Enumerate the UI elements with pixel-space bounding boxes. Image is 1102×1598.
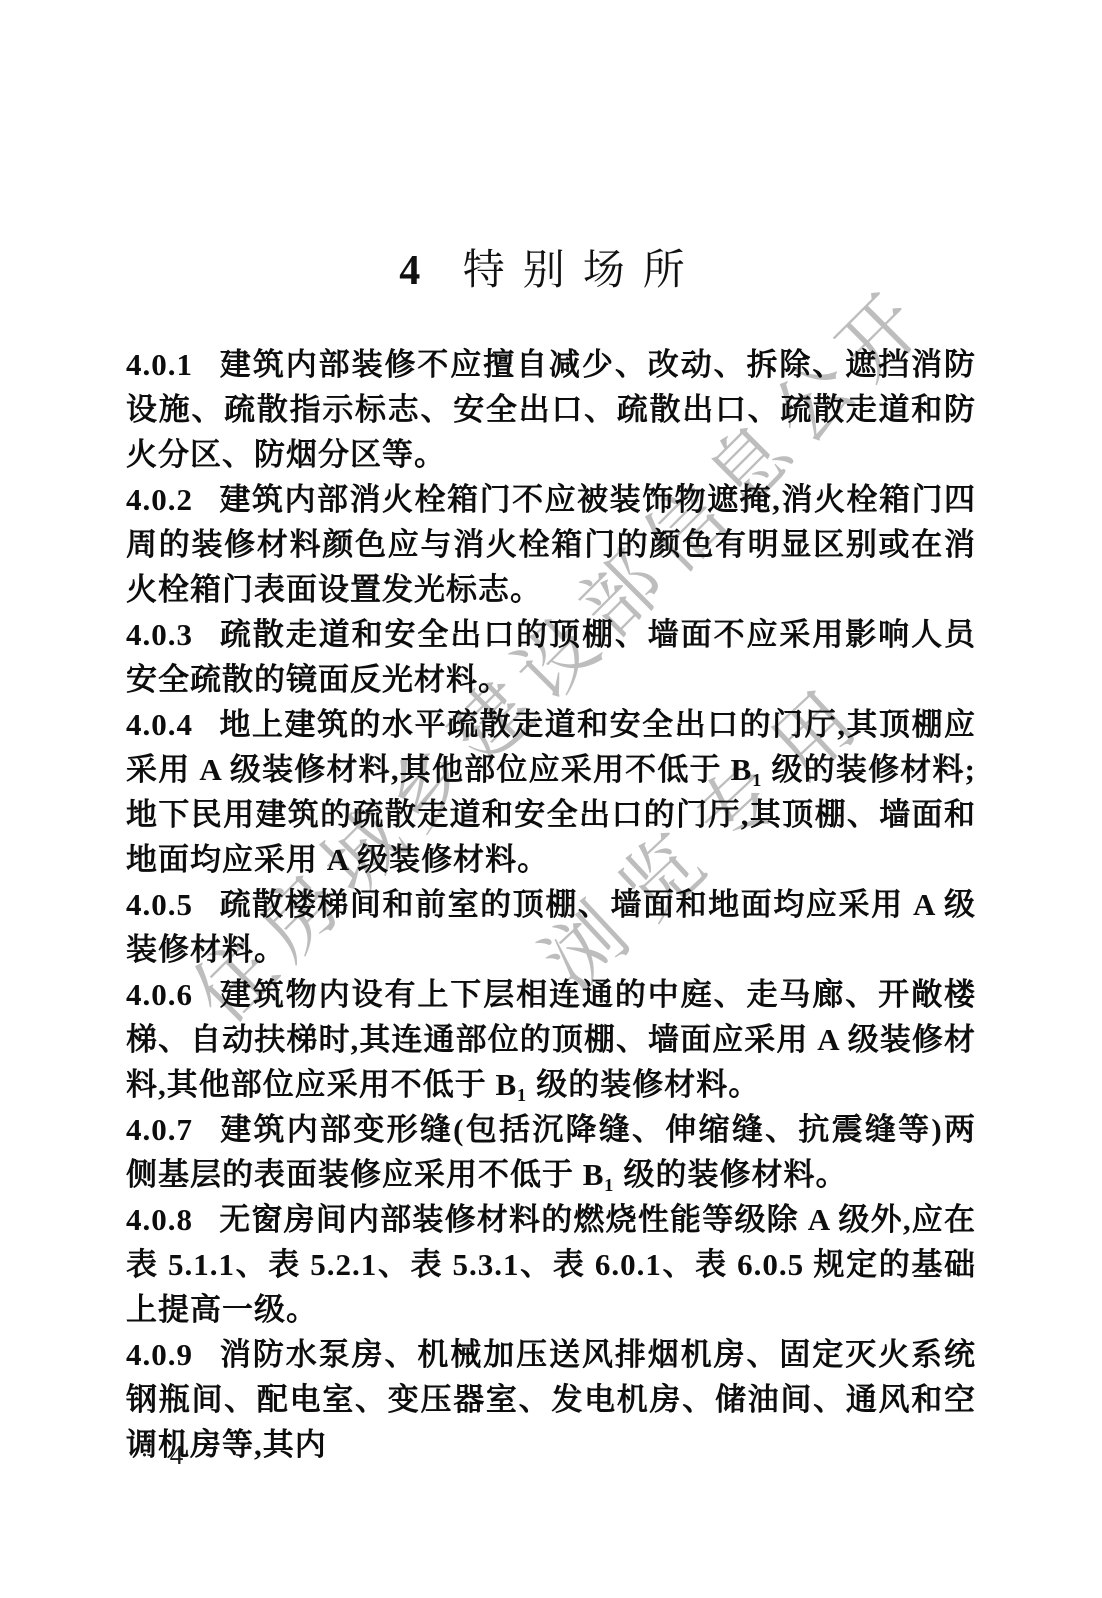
clause-text: 疏散走道和安全出口的顶棚、墙面不应采用影响人员安全疏散的镜面反光材料。: [126, 617, 976, 697]
clause-text: 无窗房间内部装修材料的燃烧性能等级除 A 级外,应在表 5.1.1、表 5.2.…: [126, 1202, 976, 1327]
clause-number: 4.0.4: [126, 707, 193, 742]
clause-text: 地上建筑的水平疏散走道和安全出口的门厅,其顶棚应采用 A 级装修材料,其他部位应…: [126, 707, 976, 877]
clause-4-0-4: 4.0.4地上建筑的水平疏散走道和安全出口的门厅,其顶棚应采用 A 级装修材料,…: [126, 702, 976, 882]
document-page: 住房城乡建设部信息公开 浏览专用 4 特别场所 4.0.1建筑内部装修不应擅自减…: [0, 0, 1102, 1598]
chapter-number: 4: [399, 248, 420, 294]
clause-4-0-1: 4.0.1建筑内部装修不应擅自减少、改动、拆除、遮挡消防设施、疏散指示标志、安全…: [126, 342, 976, 477]
clause-4-0-6: 4.0.6建筑物内设有上下层相连通的中庭、走马廊、开敞楼梯、自动扶梯时,其连通部…: [126, 972, 976, 1107]
clause-number: 4.0.3: [126, 617, 193, 652]
clause-4-0-8: 4.0.8无窗房间内部装修材料的燃烧性能等级除 A 级外,应在表 5.1.1、表…: [126, 1197, 976, 1332]
clause-text: 建筑内部变形缝(包括沉降缝、伸缩缝、抗震缝等)两侧基层的表面装修应采用不低于 B…: [126, 1112, 976, 1192]
clause-4-0-5: 4.0.5疏散楼梯间和前室的顶棚、墙面和地面均应采用 A 级装修材料。: [126, 882, 976, 972]
chapter-title: 4 特别场所: [126, 246, 976, 296]
clause-4-0-7: 4.0.7建筑内部变形缝(包括沉降缝、伸缩缝、抗震缝等)两侧基层的表面装修应采用…: [126, 1107, 976, 1197]
clause-number: 4.0.6: [126, 977, 193, 1012]
clause-number: 4.0.5: [126, 887, 193, 922]
clause-text: 建筑物内设有上下层相连通的中庭、走马廊、开敞楼梯、自动扶梯时,其连通部位的顶棚、…: [126, 977, 976, 1102]
clause-text: 建筑内部装修不应擅自减少、改动、拆除、遮挡消防设施、疏散指示标志、安全出口、疏散…: [126, 347, 976, 472]
clause-number: 4.0.1: [126, 347, 193, 382]
chapter-name: 特别场所: [463, 248, 703, 294]
clause-4-0-2: 4.0.2建筑内部消火栓箱门不应被装饰物遮掩,消火栓箱门四周的装修材料颜色应与消…: [126, 477, 976, 612]
clause-text: 建筑内部消火栓箱门不应被装饰物遮掩,消火栓箱门四周的装修材料颜色应与消火栓箱门的…: [126, 482, 976, 607]
clause-number: 4.0.9: [126, 1337, 193, 1372]
clause-text: 消防水泵房、机械加压送风排烟机房、固定灭火系统钢瓶间、配电室、变压器室、发电机房…: [126, 1337, 976, 1462]
page-content: 4 特别场所 4.0.1建筑内部装修不应擅自减少、改动、拆除、遮挡消防设施、疏散…: [0, 0, 1102, 1467]
clause-number: 4.0.8: [126, 1202, 193, 1237]
clause-4-0-3: 4.0.3疏散走道和安全出口的顶棚、墙面不应采用影响人员安全疏散的镜面反光材料。: [126, 612, 976, 702]
clause-text: 疏散楼梯间和前室的顶棚、墙面和地面均应采用 A 级装修材料。: [126, 887, 976, 967]
page-number: · 4 ·: [140, 1440, 220, 1471]
clause-4-0-9: 4.0.9消防水泵房、机械加压送风排烟机房、固定灭火系统钢瓶间、配电室、变压器室…: [126, 1332, 976, 1467]
clause-list: 4.0.1建筑内部装修不应擅自减少、改动、拆除、遮挡消防设施、疏散指示标志、安全…: [126, 342, 976, 1467]
clause-number: 4.0.2: [126, 482, 193, 517]
clause-number: 4.0.7: [126, 1112, 193, 1147]
